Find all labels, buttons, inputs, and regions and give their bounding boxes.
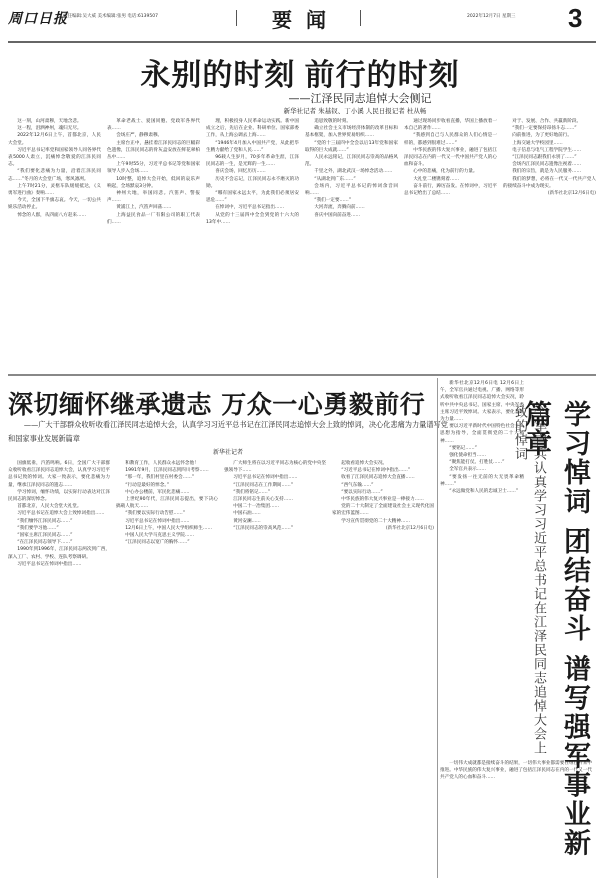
paragraph: 悼念的人群，从四面八方赶来…… — [8, 212, 101, 219]
paragraph: “党的十三届四中全会以后13年党和国家取得的巨大成就……” — [305, 140, 398, 154]
paragraph: 我们的宗旨，就是为人民服务…… — [503, 168, 596, 175]
paragraph: 黄浦江上，汽笛声回荡…… — [107, 204, 200, 211]
paragraph: 96载人生岁月，70多年革命生涯，江泽民同志的一生，是光辉的一生…… — [206, 154, 299, 168]
issue-date: 2022年12月7日 星期三 — [467, 13, 515, 19]
right-subheadline: 全军官兵认真学习习近平总书记在江泽民同志追悼大会上致的悼词 — [526, 405, 548, 765]
paragraph: 国旗低垂，汽笛鸣响。6日，全国广大干部群众收听收看江泽民同志追悼大会，认真学习习… — [8, 460, 110, 489]
editor-credits: 责任编辑:吴大威 美术编辑:张男 电话:6139507 — [63, 13, 158, 19]
paragraph: 一切伟大成就都是接续奋斗的结果，一切伟大事业都需要在继往开来中推进。中华民族的伟… — [440, 760, 592, 782]
paragraph: “1946年4月加入中国共产党，从此把毕生精力献给了党和人民……” — [206, 140, 299, 154]
paragraph: “习近平总书记在悼词中指出……” — [332, 467, 434, 474]
paragraph: “我们要以实际行动告慰……” — [116, 510, 218, 517]
paragraph: 革命老战士、爱国同胞、党政军各界代表…… — [107, 118, 200, 132]
paragraph: 历史不会忘记，江泽民同志永不磨灭的功勋。 — [206, 176, 299, 190]
paragraph: 习近平总书记率党和国家领导人同各界代表5000人肃立，沉痛悼念敬爱的江泽民同志。 — [8, 147, 101, 169]
paragraph: 追思致敬的时刻。 — [305, 118, 398, 125]
paragraph: 神州大地，举国同悲。汽笛声、警报声…… — [107, 190, 200, 204]
page-number: 3 — [568, 3, 582, 34]
column-5: 通过现场同步收看直播，华国上播放着一本自己的著作…… “我感到自己与人民群众的人… — [404, 118, 497, 370]
paragraph: 学习宣传贯彻党的二十大精神…… — [332, 518, 434, 525]
article-credit: (新华社北京12月6日电) — [332, 525, 434, 532]
paragraph: 大河奔流，奔腾向前…… — [305, 204, 398, 211]
column-3: 广大师生将在以习近平同志为核心的党中央坚强领导下…… 习近平总书记在悼词中指出…… — [224, 460, 326, 878]
paragraph: 对于、发展、合作、共赢新阶段。 — [503, 118, 596, 125]
paragraph: “哪有国家永远太平，为此我们必须居安思危……” — [206, 190, 299, 204]
paragraph: “要发扬一往无前的大无畏革命精神……” — [440, 474, 524, 488]
paragraph: 中心办公楼前，军民化悲痛…… — [116, 489, 218, 496]
paragraph: 全军官兵表示…… — [440, 466, 524, 473]
paragraph: 大礼堂二楼镌刻着…… — [404, 176, 497, 183]
paragraph: “我们一定要……” — [305, 197, 398, 204]
article-credit: (新华社北京12月6日电) — [503, 190, 596, 197]
paragraph: 喜庆中国向前奋进…… — [305, 212, 398, 219]
paragraph: 会场内江泽民同志遗像注视着…… — [503, 161, 596, 168]
paragraph: “我们要化悲痛为力量，沿着江泽民同志……”冬月的大会堂广场，寒风凛冽。 — [8, 168, 101, 182]
right-article-tail: 一切伟大成就都是接续奋斗的结果，一切伟大事业都需要在继往开来中推进。中华民族的伟… — [440, 760, 592, 878]
paragraph: 在悼词中，习近平总书记指出…… — [206, 204, 299, 211]
paragraph: “那一年，我们村里在村委会……” — [116, 474, 218, 481]
paragraph: 通过现场同步收看直播，华国上播放着一本自己的著作…… — [404, 118, 497, 132]
section-title: 要闻 — [272, 4, 340, 33]
column-4: 追思致敬的时刻。 确立社会主义市场经济体制的改革目标和基本框架，加入世界贸易组织… — [305, 118, 398, 370]
paragraph: 上海交通大学校园里…… — [503, 140, 596, 147]
paragraph: 这一刻，山河肃穆，天地含悲。 — [8, 118, 101, 125]
paragraph: 中华民族的伟大复兴事业，融进了包括江泽民同志在内的一代又一代中国共产党人的心血和… — [404, 147, 497, 169]
paragraph: 今天，全国下半旗志哀。今天，一切公共娱乐活动停止。 — [8, 197, 101, 211]
paragraph: “行动是最好的悼念。” — [116, 482, 218, 489]
paragraph: “江泽民同志以宽广的胸怀……” — [116, 539, 218, 546]
paragraph: 江泽民同志生前关心支持…… — [224, 496, 326, 503]
paragraph: 喜庆会场，回忆历历…… — [206, 168, 299, 175]
column-3: 理，积极投身人民革命运动实践。新中国成立之后，先后在企业、科研单位、国家部委工作… — [206, 118, 299, 370]
paragraph: “西气东输……” — [332, 482, 434, 489]
column-1: 这一刻，山河肃穆，天地含悲。 这一程，泪洒神州，魂归无尽。 2022年12月6日… — [8, 118, 101, 370]
paragraph: 会场内，习近平总书记的悼词余音回响…… — [305, 183, 398, 197]
paragraph: 心中的悲痛，化为前行的力量。 — [404, 168, 497, 175]
paragraph: 我们的梦想，必将在一代又一代共产党人的接续奋斗中成为现实。 — [503, 176, 596, 190]
paragraph: “我们一定要保持昂扬斗志……” — [503, 125, 596, 132]
column-divider — [437, 378, 438, 878]
paragraph: “江泽民同志的崇高风范……” — [224, 525, 326, 532]
paragraph: “从湖北到广东……” — [305, 176, 398, 183]
paragraph: 收看了江泽民同志追悼大会直播…… — [332, 474, 434, 481]
paragraph: “江泽民同志在工作期间……” — [224, 482, 326, 489]
paragraph: 2022年12月6日上午，首都北京，人民大会堂。 — [8, 132, 101, 146]
paragraph: 上午9时55分，习近平总书记等党和国家领导人步入会场…… — [107, 161, 200, 175]
paragraph: 党的二十大制定了全面建设社会主义现代化国家的宏伟蓝图…… — [332, 503, 434, 517]
paragraph: 从党的十三届四中全会到党的十六大的13年中…… — [206, 212, 299, 226]
divider — [236, 10, 237, 26]
paragraph: 1990年到1996年，江泽民同志两次到广西，深入工厂、农村、学校、连队考察调研… — [8, 546, 110, 560]
second-byline: 新华社记者 — [8, 447, 448, 456]
paragraph: 首都北京，人民大会堂大礼堂。 — [8, 503, 110, 510]
paragraph: 广大师生将在以习近平同志为核心的党中央坚强领导下…… — [224, 460, 326, 474]
paragraph: “我们要学习他……” — [8, 525, 110, 532]
paragraph: 习近平总书记在悼词中指出…… — [116, 518, 218, 525]
paragraph: 千里之外，湖北武汉一场悼念活动…… — [305, 168, 398, 175]
paragraph: 中国人民大学马克思主义学院…… — [116, 532, 218, 539]
paragraph: 学习悼词，缅怀功绩，以实际行动表达对江泽民同志的深切悼念。 — [8, 489, 110, 503]
second-headline: 深切缅怀继承遗志 万众一心勇毅前行 — [8, 385, 448, 421]
column-2: 革命老战士、爱国同胞、党政军各界代表…… 会场庄严，静穆肃穆。 主席台正中，悬挂… — [107, 118, 200, 370]
paragraph: 10时整，追悼大会开始，低回的哀乐声响起，全场默哀3分钟。 — [107, 176, 200, 190]
paragraph: “要以实际行动……” — [332, 489, 434, 496]
paragraph: 电子信息与电气工程学院学生…… — [503, 147, 596, 154]
paragraph: 中华民族的伟大复兴事业是一棒接力…… — [332, 496, 434, 503]
paragraph: “在江泽民同志领导下……” — [8, 539, 110, 546]
column-2: 和教育工作，人民群众永远怀念他！ 1991年9月，江泽民同志到四川考察…… “那… — [116, 460, 218, 878]
lead-headline: 永别的时刻 前行的时刻 — [0, 50, 600, 94]
paragraph: “我们将铭记……” — [224, 489, 326, 496]
paragraph: 黄河安澜…… — [224, 518, 326, 525]
paragraph: 主席台正中，悬挂着江泽民同志的巨幅彩色遗像，江泽民同志的骨灰盒安放在鲜花翠柏丛中… — [107, 140, 200, 162]
lead-subheadline: ——江泽民同志追悼大会侧记 — [0, 90, 600, 106]
paragraph: 中国二十一冶集团…… — [224, 503, 326, 510]
paragraph: 上午7时21分，灵柩车队缓缓抵达，《义勇军进行曲》奏响…… — [8, 183, 101, 197]
paragraph: 12月6日上午，中国人民大学组织师生…… — [116, 525, 218, 532]
paragraph: 理，积极投身人民革命运动实践。新中国成立之后，先后在企业、科研单位、国家部委工作… — [206, 118, 299, 140]
paragraph: 习近平总书记在悼词中指出…… — [8, 561, 110, 568]
paragraph: “我感到自己与人民群众的人们心情是一样的，都感到很难过……” — [404, 132, 497, 146]
paragraph: 向前推进，为了更好地前行。 — [503, 132, 596, 139]
paragraph: “江泽民同志跟我们永别了……” — [503, 154, 596, 161]
paragraph: 这一程，泪洒神州，魂归无尽。 — [8, 125, 101, 132]
paragraph: “我们缅怀江泽民同志……” — [8, 518, 110, 525]
masthead: 周口日报 责任编辑:吴大威 美术编辑:张男 电话:6139507 要闻 2022… — [0, 0, 600, 45]
paragraph: 上世纪90年代，江泽民同志提出，要下决心搞载人航天…… — [116, 496, 218, 510]
paragraph: 中国石油…… — [224, 510, 326, 517]
paragraph: 奋斗前行，踔厉奋发。在悼词中，习近平总书记给出了总结…… — [404, 183, 497, 197]
second-subheadline: ——广大干部群众收听收看江泽民同志追悼大会，认真学习习近平总书记在江泽民同志追悼… — [8, 418, 448, 446]
column-4: 起收看追悼大会实况。 “习近平总书记在悼词中指出……” 收看了江泽民同志追悼大会… — [332, 460, 434, 878]
paragraph: 确立社会主义市场经济体制的改革目标和基本框架，加入世界贸易组织…… — [305, 125, 398, 139]
lead-byline: 新华社记者 朱基钗、丁小溪 人民日报记者 杜从畅 — [0, 106, 600, 115]
paragraph: 习近平总书记在悼词中指出…… — [224, 474, 326, 481]
paragraph: 人民永远铭记，江泽民同志崇高的品格风范。 — [305, 154, 398, 168]
paragraph: 上海益民食品一厂有限公司的职工代表们…… — [107, 212, 200, 226]
paragraph: 习近平总书记在追悼大会上致悼词指出…… — [8, 510, 110, 517]
column-1: 国旗低垂，汽笛鸣响。6日，全国广大干部群众收听收看江泽民同志追悼大会，认真学习习… — [8, 460, 110, 878]
column-6: 对于、发展、合作、共赢新阶段。 “我们一定要保持昂扬斗志……” 向前推进，为了更… — [503, 118, 596, 370]
section-divider — [8, 374, 596, 376]
paragraph: 会场庄严，静穆肃穆。 — [107, 132, 200, 139]
paragraph: “永远做党和人民的忠诚卫士……” — [440, 488, 524, 495]
paragraph: 和教育工作，人民群众永远怀念他！ — [116, 460, 218, 467]
paragraph: 1991年9月，江泽民同志到四川考察…… — [116, 467, 218, 474]
divider — [360, 10, 361, 26]
paragraph: 起收看追悼大会实况。 — [332, 460, 434, 467]
second-columns: 国旗低垂，汽笛鸣响。6日，全国广大干部群众收听收看江泽民同志追悼大会，认真学习习… — [8, 460, 434, 878]
lead-columns: 这一刻，山河肃穆，天地含悲。 这一程，泪洒神州，魂归无尽。 2022年12月6日… — [8, 118, 596, 370]
paragraph: “国家主席江泽民同志……” — [8, 532, 110, 539]
newspaper-logo: 周口日报 — [8, 8, 68, 28]
masthead-rule — [8, 41, 596, 43]
